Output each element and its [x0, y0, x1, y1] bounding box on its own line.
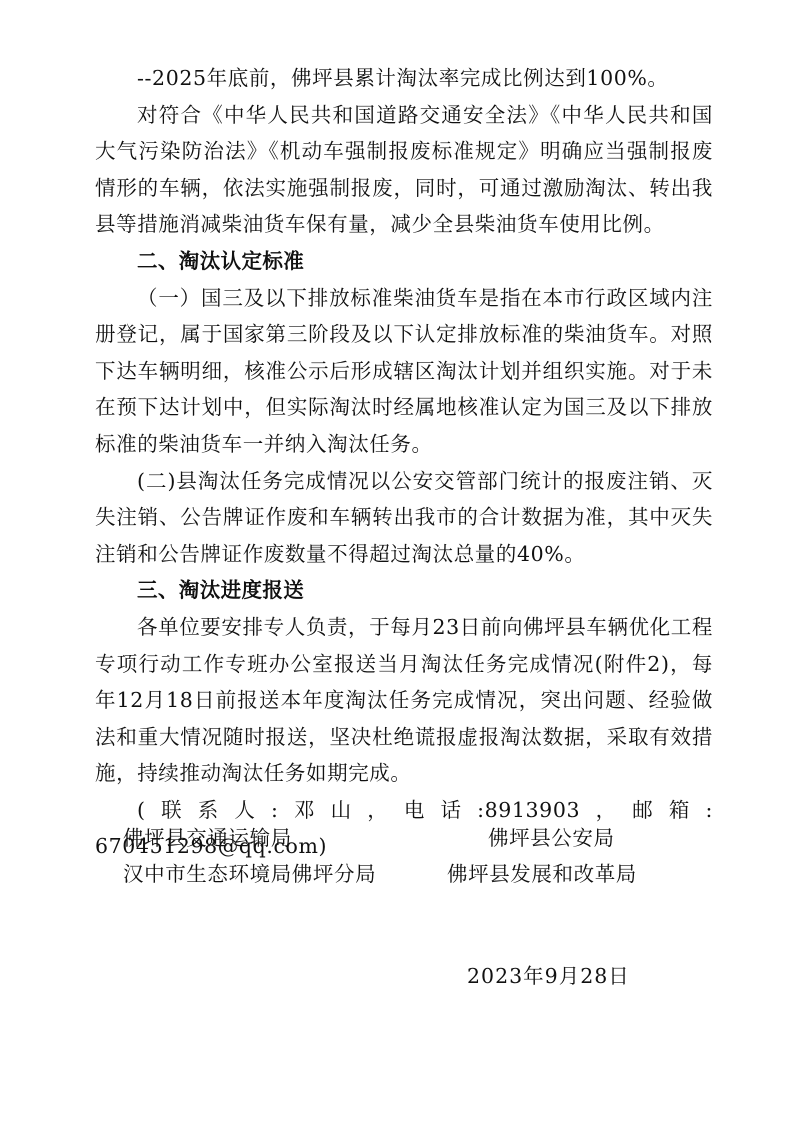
signatory-ecology-bureau: 汉中市生态环境局佛坪分局 [123, 856, 376, 892]
paragraph-deadline: --2025年底前，佛坪县累计淘汰率完成比例达到100%。 [95, 60, 713, 97]
section-heading-3: 三、淘汰进度报送 [95, 572, 713, 609]
signatory-development-reform-bureau: 佛坪县发展和改革局 [447, 856, 637, 892]
signatory-transport-bureau: 佛坪县交通运输局 [123, 820, 292, 856]
paragraph-reporting: 各单位要安排专人负责，于每月23日前向佛坪县车辆优化工程专项行动工作专班办公室报… [95, 609, 713, 792]
paragraph-standard-2: (二)县淘汰任务完成情况以公安交管部门统计的报废注销、灭失注销、公告牌证作废和车… [95, 463, 713, 573]
document-page: --2025年底前，佛坪县累计淘汰率完成比例达到100%。 对符合《中华人民共和… [0, 0, 793, 1122]
paragraph-standard-1: （一）国三及以下排放标准柴油货车是指在本市行政区域内注册登记，属于国家第三阶段及… [95, 280, 713, 463]
signatory-public-security-bureau: 佛坪县公安局 [488, 820, 615, 856]
paragraph-mandatory-scrapping: 对符合《中华人民共和国道路交通安全法》《中华人民共和国大气污染防治法》《机动车强… [95, 97, 713, 243]
section-heading-2: 二、淘汰认定标准 [95, 243, 713, 280]
document-date: 2023年9月28日 [467, 958, 630, 994]
document-body: --2025年底前，佛坪县累计淘汰率完成比例达到100%。 对符合《中华人民共和… [95, 60, 713, 865]
